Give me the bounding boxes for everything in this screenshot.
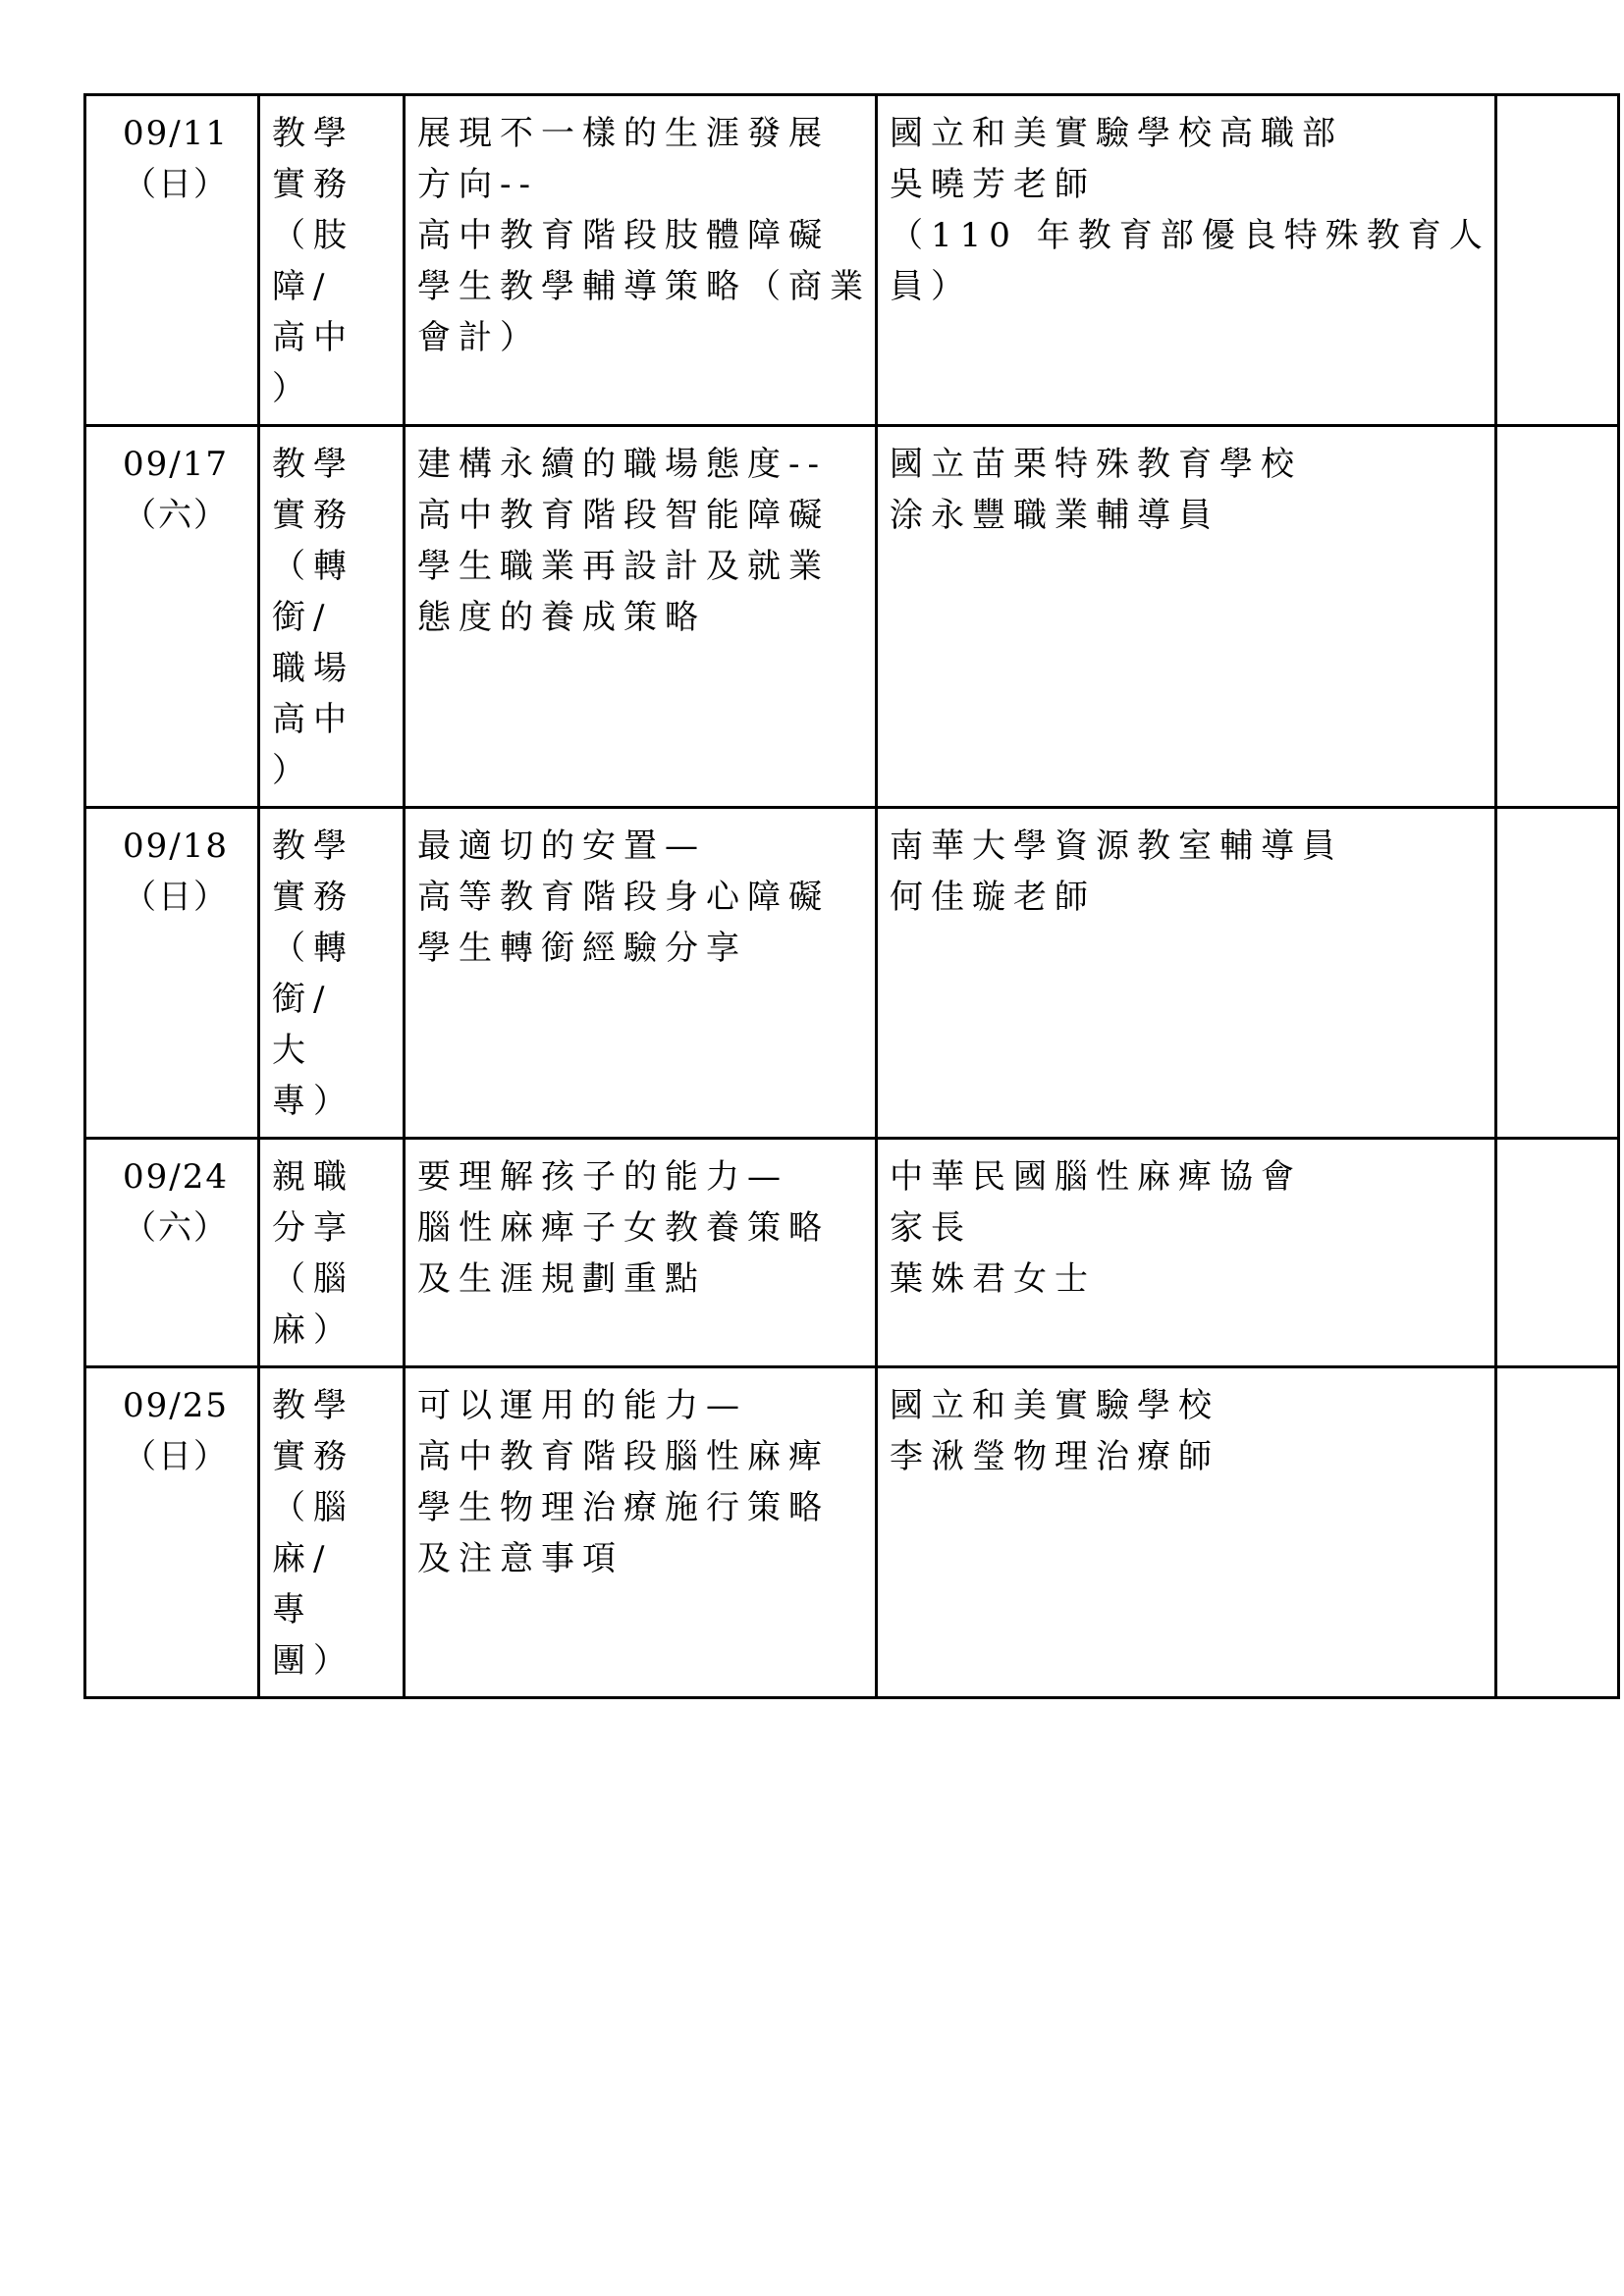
date-line: （日） xyxy=(98,872,253,923)
speaker-line: （110 年教育部優良特殊教育人 xyxy=(890,210,1490,261)
category-line: （腦 xyxy=(272,1254,399,1305)
category-line: 教學 xyxy=(272,821,399,872)
date-cell: 09/18（日） xyxy=(85,808,259,1139)
date-line: 09/17 xyxy=(98,439,253,490)
topic-cell: 要理解孩子的能力—腦性麻痺子女教養策略及生涯規劃重點 xyxy=(405,1139,877,1367)
notes-cell xyxy=(1495,95,1618,426)
topic-line: 學生職業再設計及就業 xyxy=(417,541,871,592)
date-line: （六） xyxy=(98,490,253,541)
speaker-line: 中華民國腦性麻痺協會 xyxy=(890,1151,1490,1202)
category-line: （轉 xyxy=(272,923,399,974)
category-line: 職場 xyxy=(272,643,399,694)
speaker-line: 家長 xyxy=(890,1202,1490,1254)
speaker-line: 何佳璇老師 xyxy=(890,872,1490,923)
category-line: 專） xyxy=(272,1076,399,1127)
date-line: 09/18 xyxy=(98,821,253,872)
category-line: 銜/ xyxy=(272,592,399,643)
table-row: 09/17（六）教學實務（轉銜/職場高中）建構永續的職場態度--高中教育階段智能… xyxy=(85,426,1619,808)
topic-line: 展現不一樣的生涯發展 xyxy=(417,108,871,159)
date-line: 09/11 xyxy=(98,108,253,159)
table-row: 09/18（日）教學實務（轉銜/大專）最適切的安置—高等教育階段身心障礙學生轉銜… xyxy=(85,808,1619,1139)
category-line: 專 xyxy=(272,1584,399,1635)
speaker-line: 葉姝君女士 xyxy=(890,1254,1490,1305)
category-line: 實務 xyxy=(272,159,399,210)
category-line: 麻） xyxy=(272,1305,399,1356)
topic-line: 學生轉銜經驗分享 xyxy=(417,923,871,974)
category-line: ） xyxy=(272,363,399,414)
table-row: 09/11（日）教學實務（肢障/高中）展現不一樣的生涯發展方向--高中教育階段肢… xyxy=(85,95,1619,426)
topic-line: 可以運用的能力— xyxy=(417,1380,871,1431)
date-cell: 09/17（六） xyxy=(85,426,259,808)
category-line: 大 xyxy=(272,1025,399,1076)
date-cell: 09/25（日） xyxy=(85,1367,259,1698)
category-line: 教學 xyxy=(272,439,399,490)
topic-line: 會計） xyxy=(417,312,871,363)
category-line: （轉 xyxy=(272,541,399,592)
date-cell: 09/11（日） xyxy=(85,95,259,426)
category-cell: 親職分享（腦麻） xyxy=(259,1139,405,1367)
notes-cell xyxy=(1495,426,1618,808)
speaker-line: 涂永豐職業輔導員 xyxy=(890,490,1490,541)
topic-line: 腦性麻痺子女教養策略 xyxy=(417,1202,871,1254)
date-line: （六） xyxy=(98,1202,253,1254)
category-cell: 教學實務（腦麻/專團） xyxy=(259,1367,405,1698)
category-line: （腦 xyxy=(272,1482,399,1533)
category-line: （肢 xyxy=(272,210,399,261)
topic-line: 高中教育階段腦性麻痺 xyxy=(417,1431,871,1482)
speaker-line: 員） xyxy=(890,261,1490,312)
speaker-line: 國立和美實驗學校高職部 xyxy=(890,108,1490,159)
table-row: 09/24（六）親職分享（腦麻）要理解孩子的能力—腦性麻痺子女教養策略及生涯規劃… xyxy=(85,1139,1619,1367)
date-line: （日） xyxy=(98,1431,253,1482)
notes-cell xyxy=(1495,808,1618,1139)
category-line: 實務 xyxy=(272,872,399,923)
category-line: 團） xyxy=(272,1635,399,1686)
speaker-cell: 國立苗栗特殊教育學校涂永豐職業輔導員 xyxy=(877,426,1496,808)
category-line: 障/ xyxy=(272,261,399,312)
topic-line: 態度的養成策略 xyxy=(417,592,871,643)
category-line: 麻/ xyxy=(272,1533,399,1584)
category-line: 高中 xyxy=(272,694,399,745)
notes-cell xyxy=(1495,1139,1618,1367)
topic-line: 及生涯規劃重點 xyxy=(417,1254,871,1305)
category-line: 實務 xyxy=(272,490,399,541)
schedule-table-body: 09/11（日）教學實務（肢障/高中）展現不一樣的生涯發展方向--高中教育階段肢… xyxy=(85,95,1619,1698)
speaker-line: 國立苗栗特殊教育學校 xyxy=(890,439,1490,490)
topic-line: 高中教育階段智能障礙 xyxy=(417,490,871,541)
category-line: ） xyxy=(272,745,399,796)
speaker-line: 李湫瑩物理治療師 xyxy=(890,1431,1490,1482)
topic-line: 方向-- xyxy=(417,159,871,210)
speaker-cell: 中華民國腦性麻痺協會家長葉姝君女士 xyxy=(877,1139,1496,1367)
topic-line: 建構永續的職場態度-- xyxy=(417,439,871,490)
date-line: （日） xyxy=(98,159,253,210)
category-line: 教學 xyxy=(272,1380,399,1431)
speaker-cell: 國立和美實驗學校李湫瑩物理治療師 xyxy=(877,1367,1496,1698)
speaker-cell: 南華大學資源教室輔導員何佳璇老師 xyxy=(877,808,1496,1139)
category-line: 銜/ xyxy=(272,974,399,1025)
category-cell: 教學實務（轉銜/大專） xyxy=(259,808,405,1139)
topic-line: 學生教學輔導策略（商業 xyxy=(417,261,871,312)
speaker-line: 吳曉芳老師 xyxy=(890,159,1490,210)
topic-line: 學生物理治療施行策略 xyxy=(417,1482,871,1533)
topic-cell: 展現不一樣的生涯發展方向--高中教育階段肢體障礙學生教學輔導策略（商業會計） xyxy=(405,95,877,426)
category-line: 分享 xyxy=(272,1202,399,1254)
category-line: 親職 xyxy=(272,1151,399,1202)
date-line: 09/25 xyxy=(98,1380,253,1431)
document-page: 09/11（日）教學實務（肢障/高中）展現不一樣的生涯發展方向--高中教育階段肢… xyxy=(0,0,1624,2296)
topic-line: 高中教育階段肢體障礙 xyxy=(417,210,871,261)
topic-line: 最適切的安置— xyxy=(417,821,871,872)
category-cell: 教學實務（轉銜/職場高中） xyxy=(259,426,405,808)
category-line: 高中 xyxy=(272,312,399,363)
topic-line: 高等教育階段身心障礙 xyxy=(417,872,871,923)
category-line: 實務 xyxy=(272,1431,399,1482)
schedule-table: 09/11（日）教學實務（肢障/高中）展現不一樣的生涯發展方向--高中教育階段肢… xyxy=(83,93,1620,1699)
topic-cell: 可以運用的能力—高中教育階段腦性麻痺學生物理治療施行策略及注意事項 xyxy=(405,1367,877,1698)
category-cell: 教學實務（肢障/高中） xyxy=(259,95,405,426)
table-row: 09/25（日）教學實務（腦麻/專團）可以運用的能力—高中教育階段腦性麻痺學生物… xyxy=(85,1367,1619,1698)
notes-cell xyxy=(1495,1367,1618,1698)
date-cell: 09/24（六） xyxy=(85,1139,259,1367)
speaker-line: 國立和美實驗學校 xyxy=(890,1380,1490,1431)
speaker-cell: 國立和美實驗學校高職部吳曉芳老師（110 年教育部優良特殊教育人員） xyxy=(877,95,1496,426)
date-line: 09/24 xyxy=(98,1151,253,1202)
topic-line: 及注意事項 xyxy=(417,1533,871,1584)
speaker-line: 南華大學資源教室輔導員 xyxy=(890,821,1490,872)
topic-cell: 最適切的安置—高等教育階段身心障礙學生轉銜經驗分享 xyxy=(405,808,877,1139)
category-line: 教學 xyxy=(272,108,399,159)
topic-cell: 建構永續的職場態度--高中教育階段智能障礙學生職業再設計及就業態度的養成策略 xyxy=(405,426,877,808)
topic-line: 要理解孩子的能力— xyxy=(417,1151,871,1202)
